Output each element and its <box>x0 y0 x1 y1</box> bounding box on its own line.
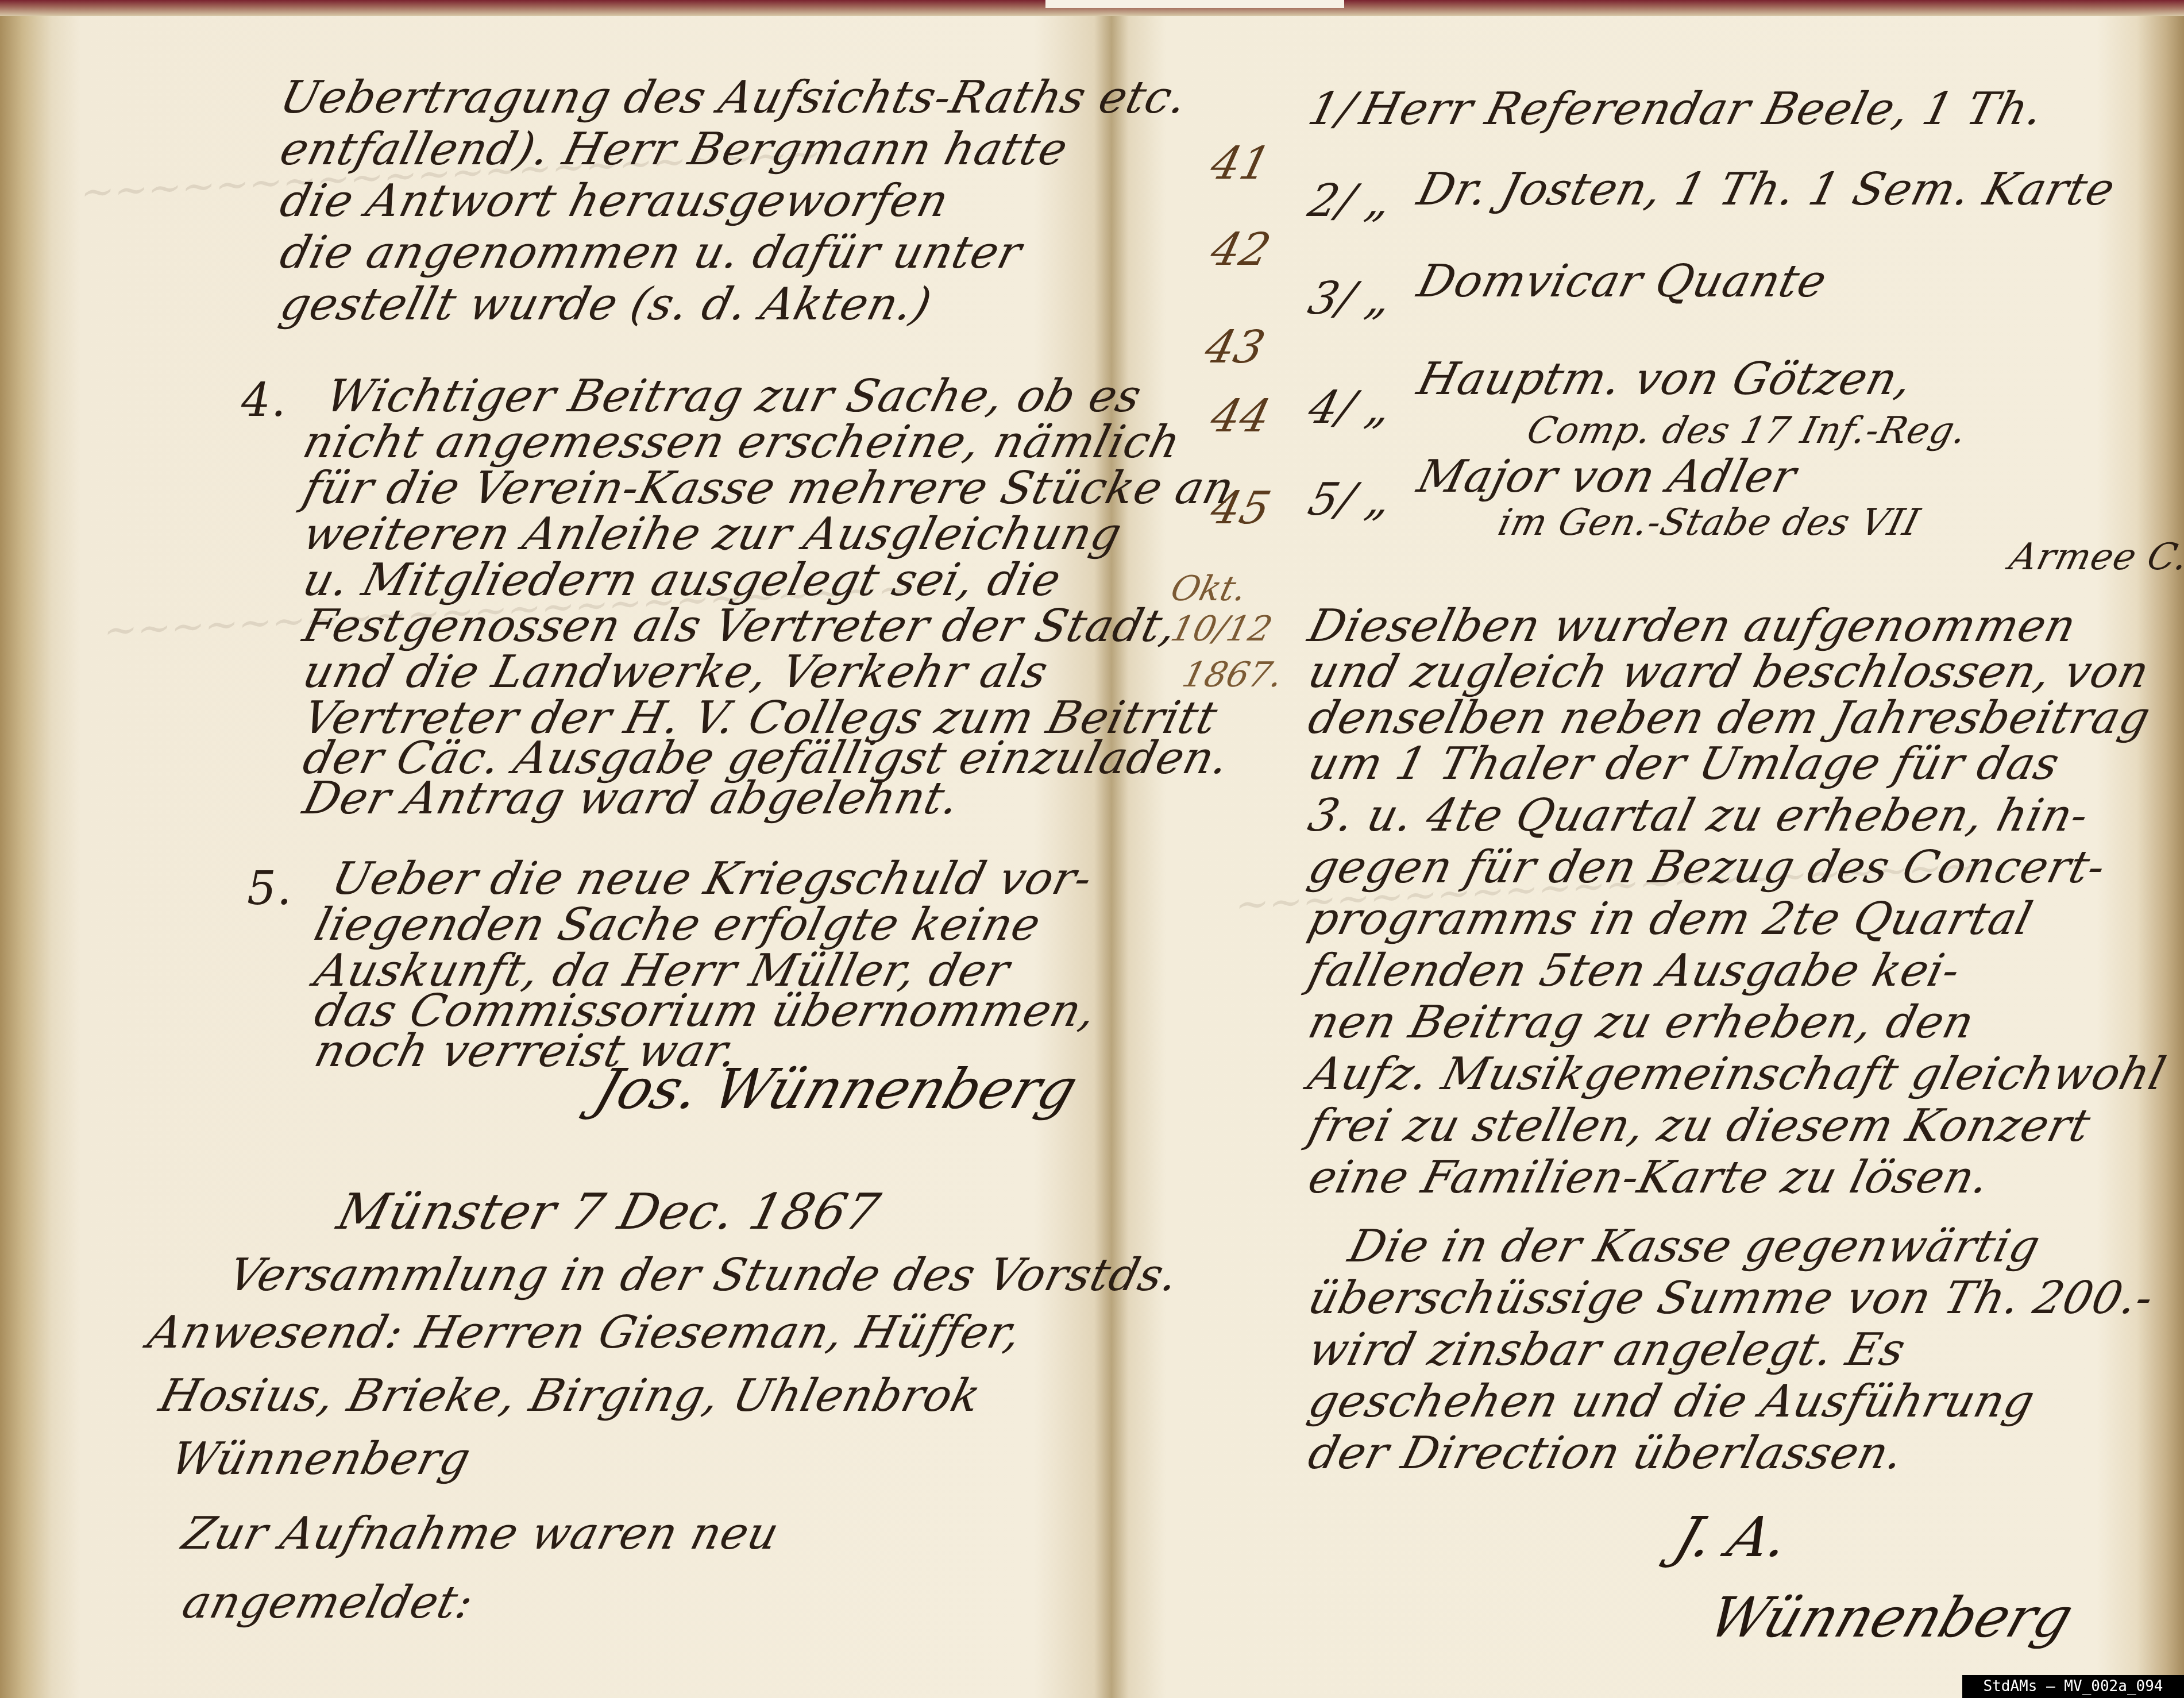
text-line: geschehen und die Ausführung <box>1303 1373 2041 1430</box>
text-line: Versammlung in der Stunde des Vorstds. <box>223 1247 1185 1304</box>
text-line: entfallend). Herr Bergmann hatte <box>275 121 1074 178</box>
text-line: der Direction überlassen. <box>1303 1425 1910 1482</box>
margin-number: 44 <box>1206 391 1276 442</box>
book-top-edge <box>0 0 2184 16</box>
ditto-mark: „ <box>1360 379 1398 437</box>
margin-number: 45 <box>1206 483 1276 534</box>
signature: Wünnenberg <box>1701 1585 2081 1650</box>
text-line: überschüssige Summe von Th. 200.- <box>1303 1269 2160 1327</box>
member-number: 3/ <box>1303 270 1362 327</box>
member-entry: Hauptm. von Götzen, <box>1412 350 1919 408</box>
text-line: Anwesend: Herren Gieseman, Hüffer, <box>142 1304 1028 1361</box>
ditto-mark: „ <box>1360 270 1398 327</box>
margin-number: 43 <box>1200 322 1270 373</box>
margin-note: Okt. <box>1167 569 1251 609</box>
ditto-mark: „ <box>1360 172 1398 230</box>
text-line: gegen für den Bezug des Concert- <box>1303 839 2112 896</box>
text-line: Wünnenberg <box>165 1430 477 1488</box>
ditto-mark: „ <box>1360 471 1398 528</box>
margin-note: 10/12 <box>1167 609 1276 649</box>
item-number: 5. <box>247 862 292 915</box>
member-number: 1/ <box>1303 80 1362 138</box>
text-line: fallenden 5ten Ausgabe kei- <box>1303 942 1967 999</box>
text-line: nen Beitrag zu erheben, den <box>1303 994 1981 1051</box>
signature-initials: J. A. <box>1667 1505 1798 1569</box>
text-line: gestellt wurde (s. d. Akten.) <box>275 276 938 333</box>
text-line: frei zu stellen, zu diesem Konzert <box>1303 1097 2097 1155</box>
text-line: 3. u. 4te Quartal zu erheben, hin- <box>1303 787 2095 844</box>
margin-note: 1867. <box>1178 655 1287 695</box>
member-entry-detail: Armee C. <box>2004 528 2184 586</box>
text-line: Die in der Kasse gegenwärtig <box>1343 1218 2046 1275</box>
left-page: Uebertragung des Aufsichts-Raths etc. en… <box>149 34 1091 1675</box>
member-number: 4/ <box>1303 379 1362 437</box>
text-line: Uebertragung des Aufsichts-Raths etc. <box>275 69 1194 126</box>
text-line: programms in dem 2te Quartal <box>1303 890 2039 948</box>
margin-number: 41 <box>1206 138 1276 190</box>
text-line: Der Antrag ward abgelehnt. <box>298 770 966 827</box>
text-line: Aufz. Musikgemeinschaft gleichwohl <box>1303 1045 2172 1103</box>
item-number: 4. <box>241 373 286 427</box>
member-entry: Dr. Josten, 1 Th. 1 Sem. Karte <box>1412 161 2121 218</box>
book-cover-gap <box>1045 0 1344 8</box>
member-number: 5/ <box>1303 471 1362 528</box>
right-page: 41 42 43 44 45 Okt. 10/12 1867. 1/ Herr … <box>1310 34 2143 1675</box>
text-line: angemeldet: <box>177 1574 480 1631</box>
text-line: wird zinsbar angelegt. Es <box>1303 1321 1912 1379</box>
member-entry: Herr Referendar Beele, 1 Th. <box>1355 80 2050 138</box>
text-line: die Antwort herausgeworfen <box>275 172 955 230</box>
section-heading: Münster 7 Dec. 1867 <box>332 1183 886 1241</box>
text-line: Hosius, Brieke, Birging, Uhlenbrok <box>154 1367 987 1425</box>
margin-number: 42 <box>1206 224 1276 276</box>
text-line: Zur Aufnahme waren neu <box>177 1505 785 1562</box>
member-entry: Domvicar Quante <box>1412 253 1833 310</box>
open-book: ~~~~~~~~~~~~~~~~~~~~~~ ~~~~~~~~~~~~~~~~~… <box>0 0 2184 1698</box>
text-line: um 1 Thaler der Umlage für das <box>1303 735 2066 793</box>
member-entry-detail: im Gen.-Stabe des VII <box>1492 494 1926 551</box>
member-number: 2/ <box>1303 172 1362 230</box>
text-line: die angenommen u. dafür unter <box>275 224 1028 281</box>
signature: Jos. Wünnenberg <box>587 1057 1085 1121</box>
text-line: eine Familien-Karte zu lösen. <box>1303 1149 1996 1206</box>
archive-caption: StdAMs – MV_002a_094 <box>1962 1675 2184 1698</box>
